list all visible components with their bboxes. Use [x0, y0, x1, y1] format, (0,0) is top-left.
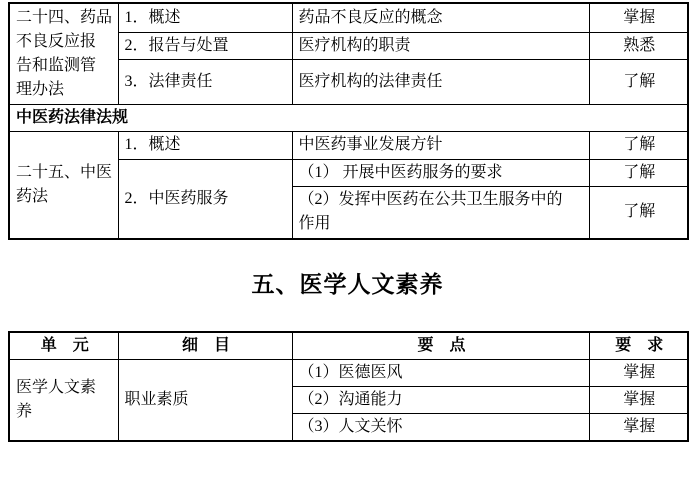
requirement-cell: 了解 [589, 186, 688, 239]
document-page: 二十四、药品 不良反应报 告和监测管 理办法 1．概述 药品不良反应的概念 掌握… [0, 0, 687, 442]
item-cell-professional-quality: 职业素质 [118, 359, 292, 441]
table-row: 医学人文素 养 职业素质 （1）医德医风 掌握 [9, 359, 688, 386]
column-header-unit: 单 元 [9, 332, 118, 360]
point-cell-adr-concept: 药品不良反应的概念 [292, 3, 589, 32]
item-cell-overview-25: 1．概述 [118, 131, 292, 159]
item-cell-legal-liability: 3．法律责任 [118, 59, 292, 104]
section-header-row: 中医药法律法规 [9, 104, 688, 131]
requirement-cell: 掌握 [589, 3, 688, 32]
requirement-cell: 掌握 [589, 413, 688, 441]
unit-25-cell: 二十五、中医 药法 [9, 131, 118, 239]
point-cell-medical-ethics: （1）医德医风 [292, 359, 589, 386]
item-cell-report-handle: 2．报告与处置 [118, 32, 292, 59]
column-header-requirement: 要 求 [589, 332, 688, 360]
unit-24-cell: 二十四、药品 不良反应报 告和监测管 理办法 [9, 3, 118, 104]
point-cell-humanistic-care: （3）人文关怀 [292, 413, 589, 441]
column-header-detail: 细 目 [118, 332, 292, 360]
point-cell-tcm-policy: 中医药事业发展方针 [292, 131, 589, 159]
point-cell-tcm-service-requirements: （1） 开展中医药服务的要求 [292, 159, 589, 186]
column-header-point: 要 点 [292, 332, 589, 360]
point-cell-communication: （2）沟通能力 [292, 386, 589, 413]
requirement-cell: 了解 [589, 59, 688, 104]
table-row: 二十五、中医 药法 1．概述 中医药事业发展方针 了解 [9, 131, 688, 159]
requirement-cell: 掌握 [589, 359, 688, 386]
point-cell-institution-duty: 医疗机构的职责 [292, 32, 589, 59]
item-cell-tcm-services: 2．中医药服务 [118, 159, 292, 239]
requirement-cell: 掌握 [589, 386, 688, 413]
table-row: 二十四、药品 不良反应报 告和监测管 理办法 1．概述 药品不良反应的概念 掌握 [9, 3, 688, 32]
requirement-cell: 了解 [589, 159, 688, 186]
law-regulations-table: 二十四、药品 不良反应报 告和监测管 理办法 1．概述 药品不良反应的概念 掌握… [8, 2, 689, 240]
point-cell-institution-liability: 医疗机构的法律责任 [292, 59, 589, 104]
requirement-cell: 熟悉 [589, 32, 688, 59]
humanities-table: 单 元 细 目 要 点 要 求 医学人文素 养 职业素质 （1）医德医风 掌握 … [8, 331, 689, 442]
tcm-law-section-header: 中医药法律法规 [9, 104, 688, 131]
section-title: 五、医学人文素养 [8, 270, 687, 300]
unit-humanities-cell: 医学人文素 养 [9, 359, 118, 441]
table-header-row: 单 元 细 目 要 点 要 求 [9, 332, 688, 360]
item-cell-overview-24: 1．概述 [118, 3, 292, 32]
requirement-cell: 了解 [589, 131, 688, 159]
point-cell-tcm-public-health: （2）发挥中医药在公共卫生服务中的 作用 [292, 186, 589, 239]
